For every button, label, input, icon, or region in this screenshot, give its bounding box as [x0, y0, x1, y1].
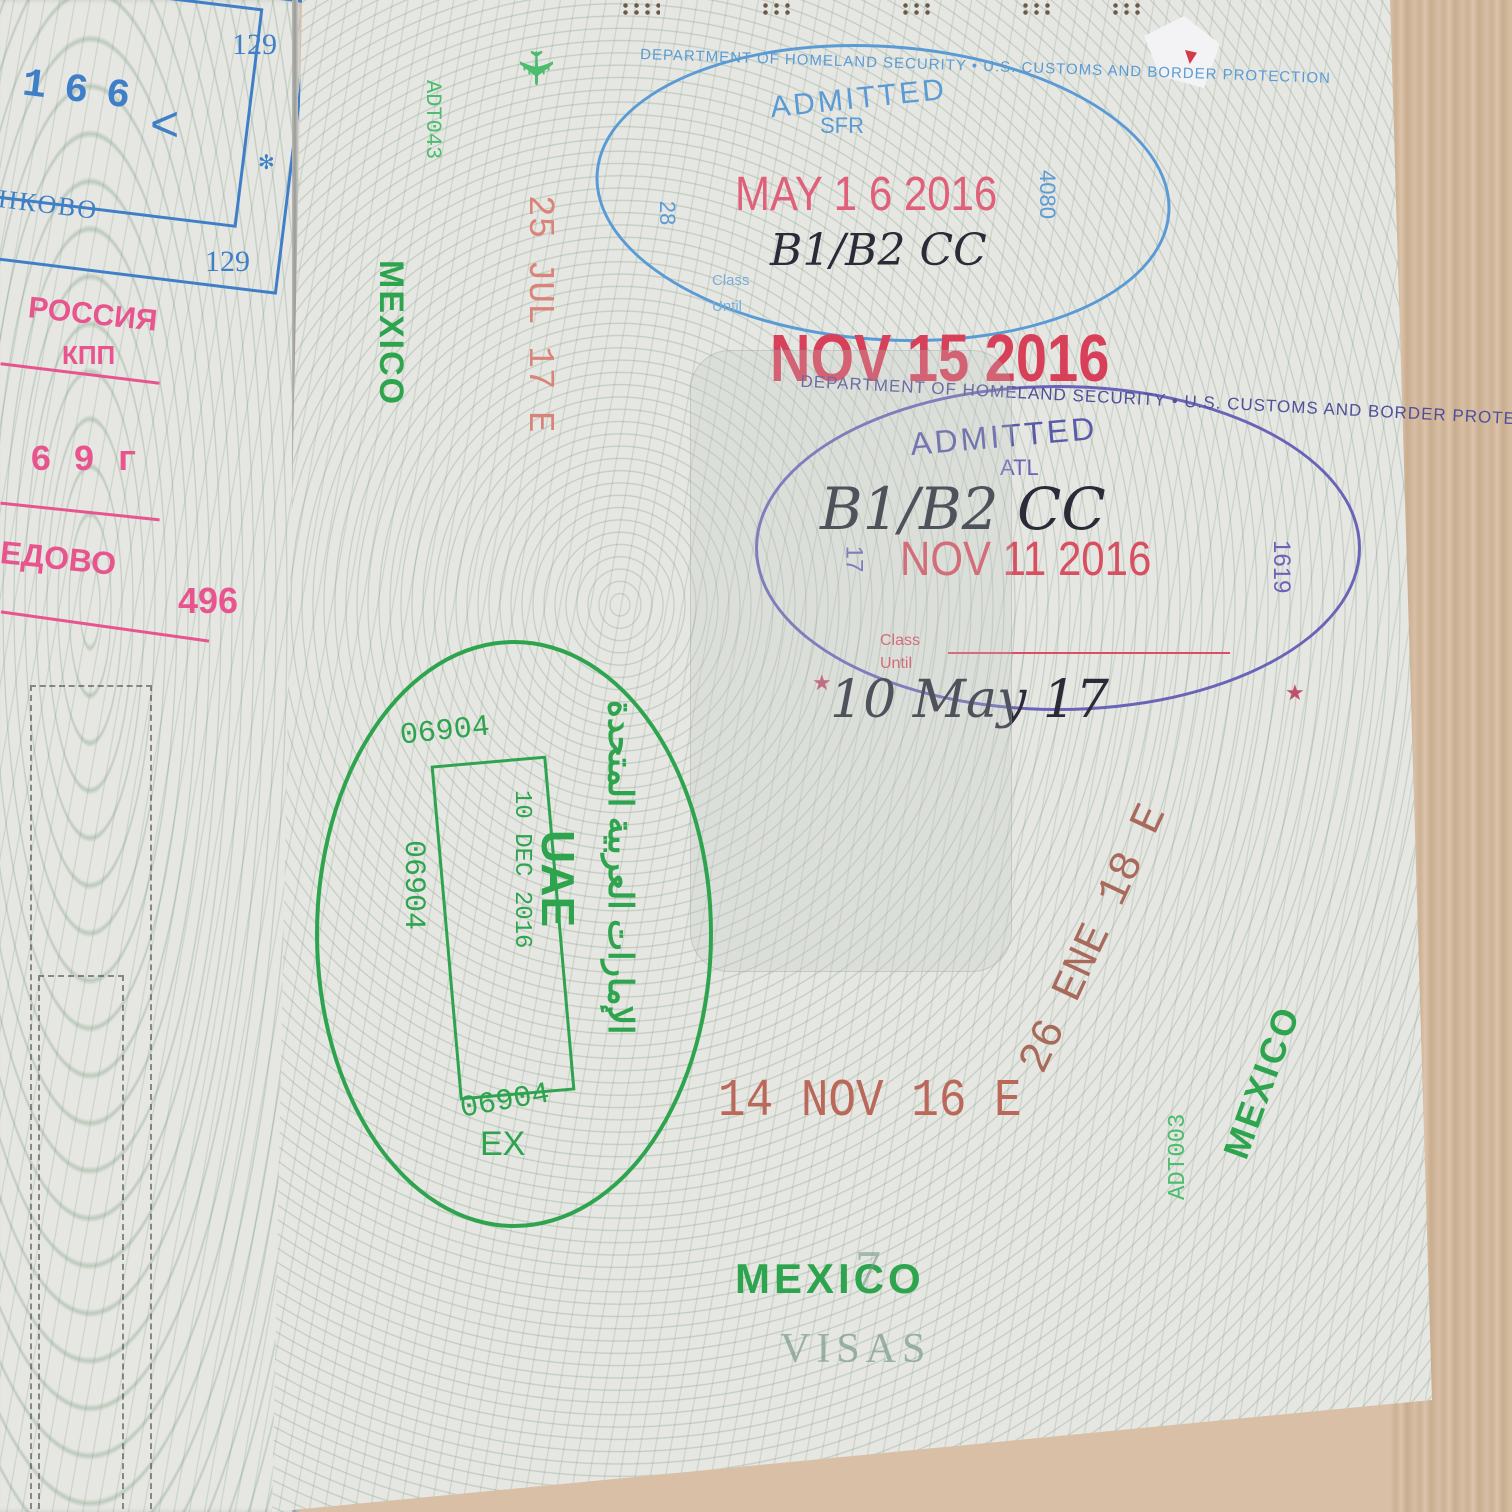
russia-pink-stamp-country: РОССИЯ [27, 291, 159, 338]
perforation-holes [1110, 2, 1140, 16]
mexico-right-code: ADT003 [1165, 1114, 1192, 1200]
mexico-stamp-country: MEXICO [371, 260, 410, 406]
us-sfo-class-label: Class [712, 272, 750, 289]
uae-stamp-arabic: الإمارات العربية المتحدة [600, 700, 640, 1034]
us-sfo-until-label: Until [712, 298, 742, 315]
us-sfo-handwriting: B1/B2 CC [770, 225, 987, 276]
mexico-nov-date: 14 NOV 16 E [718, 1071, 1022, 1131]
faded-black-stamp-inner [38, 975, 124, 1512]
uae-stamp-exit: EX [480, 1125, 525, 1164]
mexico-bottom-country: MEXICO [735, 1255, 925, 1303]
russia-stamp-star-icon: ✻ [258, 150, 275, 175]
us-sfo-right-number: 4080 [1034, 170, 1060, 219]
russia-pink-stamp-line [0, 502, 159, 522]
uae-stamp-number-left: 06904 [396, 840, 430, 930]
russia-pink-stamp-type: КПП [62, 340, 115, 371]
page-label-visas: VISAS [780, 1325, 931, 1373]
russia-pink-stamp-place: ЕДОВО [0, 534, 118, 583]
us-atl-right-number: 1619 [1267, 540, 1295, 593]
page-number: 7 [855, 1240, 881, 1299]
uae-stamp-country: UAE [531, 830, 585, 927]
russia-stamp-number-bottom: 129 [205, 245, 250, 279]
us-sfo-date: MAY 1 6 2016 [735, 166, 997, 221]
perforation-holes [900, 2, 930, 16]
russia-stamp-number-top: 129 [232, 28, 277, 62]
us-sfo-port: SFR [820, 113, 864, 139]
russia-stamp-arrow-icon: < [150, 95, 179, 153]
visa-foil-area [690, 350, 1012, 972]
passport-left-page: 129 129 166 < ✻ НКОВО РОССИЯ КПП 6 9 г Е… [0, 0, 300, 1512]
perforation-holes [620, 2, 660, 16]
mexico-airplane-icon: ✈ [507, 48, 563, 88]
perforation-holes [1020, 2, 1050, 16]
perforation-holes [760, 2, 790, 16]
russia-pink-stamp-code: 496 [178, 580, 238, 622]
mexico-stamp-code: ADT043 [420, 80, 445, 159]
russia-pink-stamp-digits: 6 9 г [30, 440, 138, 481]
us-sfo-left-number: 28 [654, 201, 680, 225]
mexico-stamp-date: 25 JUL 17 E [519, 195, 560, 433]
us-atl-star-icon: ★ [1285, 680, 1305, 706]
